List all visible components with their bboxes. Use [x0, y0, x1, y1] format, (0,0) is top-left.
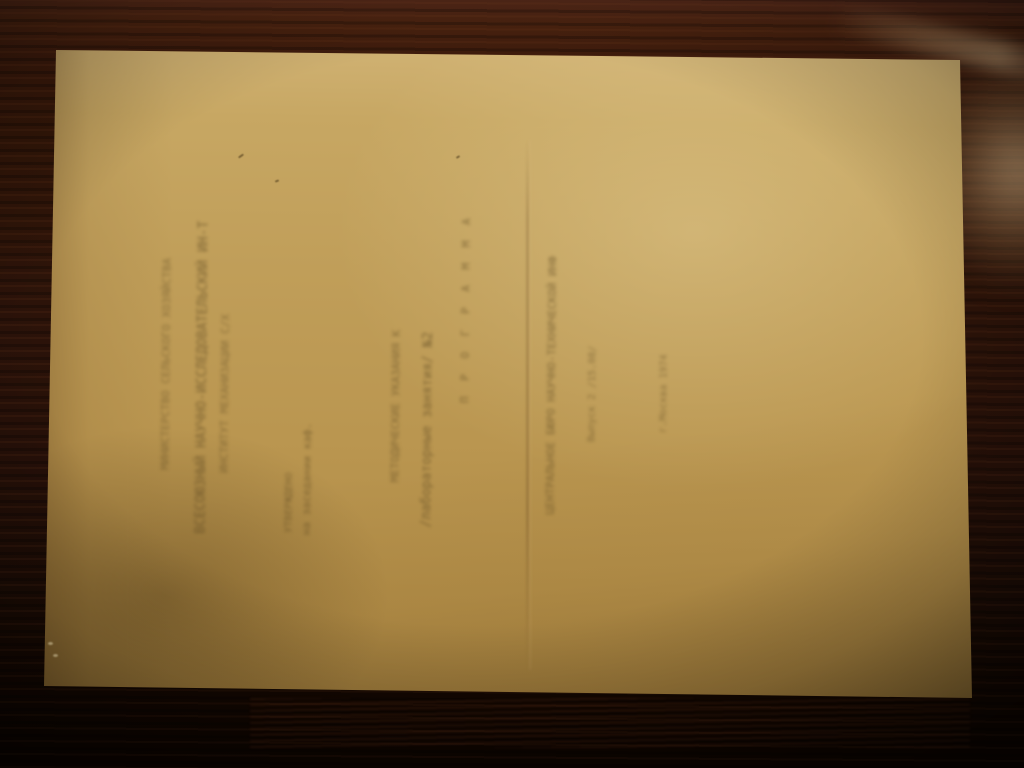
typewritten-line-head-2: ВСЕСОЮЗНЫЙ НАУЧНО-ИССЛЕДОВАТЕЛЬСКИЙ ИН-Т	[194, 219, 210, 534]
typewritten-line-title-2: /лабораторные занятия/ №2	[420, 329, 435, 529]
typewritten-text-block: МИНИСТЕРСТВО СЕЛЬСКОГО ХОЗЯЙСТВАВСЕСОЮЗН…	[41, 43, 978, 705]
typewritten-line-title-1: МЕТОДИЧЕСКИЕ УКАЗАНИЯ К	[389, 332, 402, 482]
typewritten-line-approval-2: на заседании каф.	[301, 423, 313, 535]
paper-edge-nick-1	[48, 642, 53, 645]
typewritten-line-title-spaced: П Р О Г Р А М М А	[459, 214, 472, 402]
wood-grain-bottom-streaks	[250, 698, 970, 748]
typewritten-line-approval-1: УТВЕРЖДЕНО	[284, 471, 295, 535]
typewritten-line-imprint-2: г.Москва 1974	[658, 352, 669, 435]
paper-sheet: МИНИСТЕРСТВО СЕЛЬСКОГО ХОЗЯЙСТВАВСЕСОЮЗН…	[44, 48, 974, 700]
typewritten-line-head-1: МИНИСТЕРСТВО СЕЛЬСКОГО ХОЗЯЙСТВА	[159, 263, 172, 469]
typewritten-line-imprint-1: Выпуск 2 /15.08/	[587, 344, 598, 444]
paper-edge-nick-2	[53, 654, 58, 657]
photo-of-document: МИНИСТЕРСТВО СЕЛЬСКОГО ХОЗЯЙСТВАВСЕСОЮЗН…	[0, 0, 1024, 768]
typewritten-line-subtitle: ЦЕНТРАЛЬНОЕ БЮРО НАУЧНО-ТЕХНИЧЕСКОЙ ИНФ	[544, 259, 558, 514]
typewritten-line-head-3: ИНСТИТУТ МЕХАНИЗАЦИИ С/Х	[218, 312, 231, 474]
